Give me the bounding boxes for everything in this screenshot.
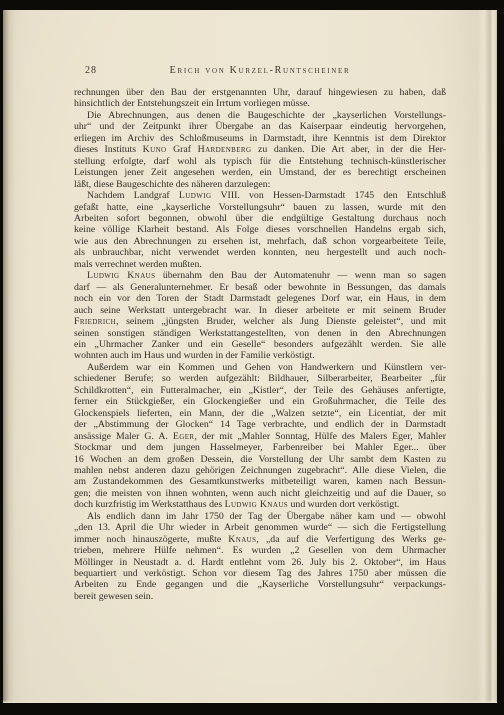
book-page: 28 Erich von Kurzel-Runtscheiner rechnun… [3,10,497,703]
text-line: läßt, diese Baugeschichte des näheren da… [74,179,446,190]
text-line: Leistungen jener Zeit angesehen werden, … [74,167,446,178]
text-line: mahlen nebst anderen dazu gehörigen Zeic… [74,465,446,476]
small-caps-name: Kuno [143,144,167,155]
small-caps-name: Friedrich [74,316,116,327]
text-line: ansässige Maler G. A. Eger, der mit „Mah… [74,431,446,442]
text-line: erliegen im Archiv des Schloßmuseums in … [74,133,446,144]
text-line: bereit gewesen sein. [74,591,446,602]
text-line: gefaßt hatte, eine „kayserliche Vorstell… [74,202,446,213]
text-line: Schildkrotten“, ein Futteralmacher, ein … [74,385,446,396]
small-caps-name: Hardenberg [198,144,252,155]
text-line: doch kurzfristig im Werkstatthaus des Lu… [74,499,446,510]
book-scan: 28 Erich von Kurzel-Runtscheiner rechnun… [0,0,504,715]
text-line: als unbrauchbar, nicht verwendet werden … [74,247,446,258]
text-line: seinen sonstigen ständigen Werkstattange… [74,328,446,339]
text-line: „den 13. April die Uhr wieder in Arbeit … [74,522,446,533]
text-line: am Zustandekommen des Gesamtkunstwerks m… [74,476,446,487]
small-caps-name: Ludwig Knaus [225,499,288,510]
text-line: Als endlich dann im Jahr 1750 der Tag de… [74,511,446,522]
text-line: auch seine Werkstatt untergebracht war. … [74,305,446,316]
text-line: Die Abrechnungen, aus denen die Baugesch… [74,110,446,121]
text-line: bequartiert und verköstigt. Schon vor di… [74,568,446,579]
small-caps-name: Ludwig Knaus [87,270,155,281]
running-head: Erich von Kurzel-Runtscheiner [74,65,446,76]
text-line: Arbeiten sofort begonnen, obwohl über di… [74,213,446,224]
page-header: 28 Erich von Kurzel-Runtscheiner [74,65,446,78]
text-line: uhr“ und der Zeitpunkt ihrer Übergabe an… [74,121,446,132]
text-line: darf — als Generalunternehmer. Er besaß … [74,282,446,293]
text-line: noch ein vor den Toren der Stadt Darmsta… [74,293,446,304]
text-line: gen; die meisten von ihnen wohnten, wenn… [74,488,446,499]
text-line: dieses Instituts Kuno Graf Hardenberg zu… [74,144,446,155]
text-line: schiedener Berufe; so werden aufgezählt:… [74,373,446,384]
text-line: stellung erfolgte, darf wohl als typisch… [74,156,446,167]
text-line: Ludwig Knaus übernahm den Bau der Automa… [74,270,446,281]
text-line: rechnungen über den Bau der erstgenannte… [74,87,446,98]
text-line: Nachdem Landgraf Ludwig VIII. von Hessen… [74,190,446,201]
text-line: wohnten auch im Haus und wurden in der F… [74,350,446,361]
text-line: Stockmar und dem jungen Hasselmeyer, Far… [74,442,446,453]
text-line: mals verrechnet werden mußten. [74,259,446,270]
text-line: trieben, mehrere Hülfe nehmen“. Es wurde… [74,545,446,556]
text-line: ein „Uhrmacher Zanker und ein Geselle“ b… [74,339,446,350]
text-line: wie aus den Abrechnungen zu ersehen ist,… [74,236,446,247]
text-line: hinsichtlich der Entstehungszeit ein Irr… [74,98,446,109]
text-line: ferner ein Stückgießer, ein Glockengieße… [74,396,446,407]
text-line: immer noch hinauszögerte, mußte Knaus, „… [74,534,446,545]
text-line: Arbeiten zu Ende gegangen und die „Kayse… [74,579,446,590]
body-text: rechnungen über den Bau der erstgenannte… [74,87,446,602]
text-line: der „Abstimmung der Glocken“ 14 Tage ver… [74,419,446,430]
text-line: Möllinger in Neustadt a. d. Hardt entleh… [74,557,446,568]
small-caps-name: Knaus [228,534,256,545]
text-line: Glockenspiels lieferten, ein Mann, der d… [74,408,446,419]
page-number: 28 [85,65,97,76]
text-line: keine völlige Klarheit bestand. Als Folg… [74,224,446,235]
text-line: Außerdem war ein Kommen und Gehen von Ha… [74,362,446,373]
text-line: Friedrich, seinem „jüngsten Bruder, welc… [74,316,446,327]
small-caps-name: Eger [173,431,195,442]
small-caps-name: Ludwig [179,190,212,201]
text-line: 16 Wochen an dem großen Dessein, die Vor… [74,454,446,465]
